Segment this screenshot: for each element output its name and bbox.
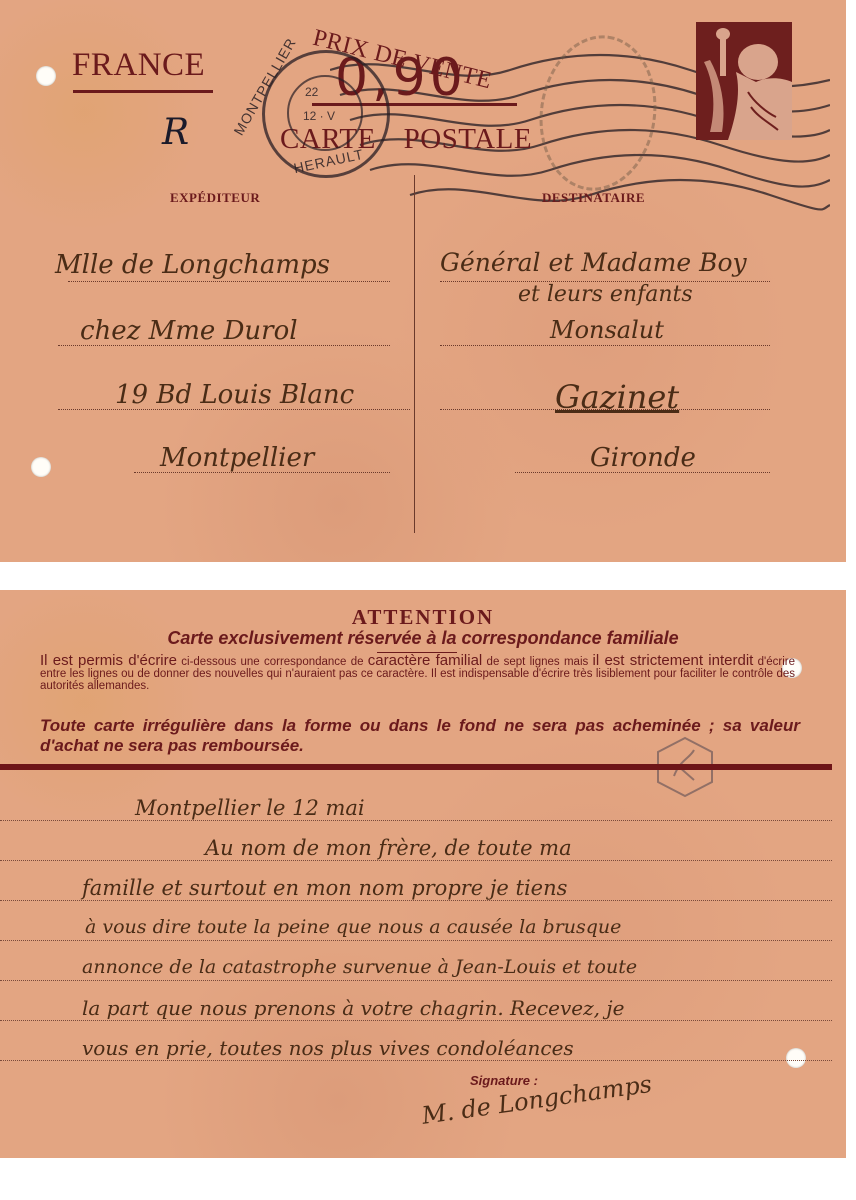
letter-line: annonce de la catastrophe survenue à Jea… [82, 956, 637, 978]
letter-rule [0, 1060, 832, 1061]
sender-street: 19 Bd Louis Blanc [115, 380, 354, 410]
recipient-label: DESTINATAIRE [542, 190, 645, 206]
letter-rule [0, 820, 832, 821]
country-heading: FRANCE [72, 47, 205, 84]
letter-line: vous en prie, toutes nos plus vives cond… [82, 1036, 574, 1060]
attention-subtitle: Carte exclusivement réservée à la corres… [0, 628, 846, 649]
registered-mark: R [162, 112, 189, 153]
notice-part: de sept lignes [487, 656, 560, 668]
recipient-line-rule [440, 345, 770, 346]
letter-rule [0, 1020, 832, 1021]
signature-label: Signature : [470, 1073, 538, 1088]
notice-part: mais [564, 656, 588, 668]
postmark-circle: MONTPELLIER HERAULT 22 12 · V [262, 50, 390, 178]
sender-line-rule [68, 281, 390, 282]
letter-rule [0, 980, 832, 981]
notice-part: Il est permis d'écrire [40, 652, 177, 669]
letter-line: Au nom de mon frère, de toute ma [205, 836, 572, 860]
notice-separator-rule [0, 764, 832, 770]
postmark-date-line1: 22 [305, 85, 318, 99]
postmark-date-line2: 12 · V [303, 109, 335, 123]
recipient-town: Gazinet [555, 378, 679, 416]
letter-rule [0, 900, 832, 901]
punch-hole [36, 66, 56, 86]
postage-stamp-icon [696, 22, 792, 140]
letter-dateline: Montpellier le 12 mai [135, 796, 365, 820]
recipient-family: et leurs enfants [518, 282, 693, 307]
sender-city: Montpellier [160, 443, 314, 473]
country-underline [73, 90, 213, 93]
punch-hole [786, 1048, 806, 1068]
notice-part: caractère familial [368, 652, 482, 669]
sender-label: EXPÉDITEUR [170, 190, 260, 206]
notice-part: il est strictement interdit [593, 652, 754, 669]
recipient-region: Gironde [590, 443, 696, 473]
sender-care-of: chez Mme Durol [80, 316, 298, 346]
attention-heading: ATTENTION [0, 605, 846, 630]
recipient-estate: Monsalut [550, 316, 664, 344]
sender-name: Mlle de Longchamps [55, 250, 330, 280]
attention-notice: Il est permis d'écrire ci-dessous une co… [40, 655, 795, 692]
recipient-name: Général et Madame Boy [440, 248, 747, 277]
card-type-right: POSTALE [404, 123, 532, 155]
letter-line: à vous dire toute la peine que nous a ca… [85, 916, 621, 938]
punch-hole [31, 457, 51, 477]
letter-rule [0, 860, 832, 861]
address-divider [414, 175, 415, 533]
postcard-front: FRANCE R PRIX DE VENTE 0,90 CARTE POSTAL… [0, 0, 846, 562]
letter-line: la part que nous prenons à votre chagrin… [82, 996, 624, 1020]
letter-rule [0, 940, 832, 941]
letter-line: famille et surtout en mon nom propre je … [82, 876, 567, 900]
notice-part: ci-dessous une correspondance de [181, 656, 363, 668]
